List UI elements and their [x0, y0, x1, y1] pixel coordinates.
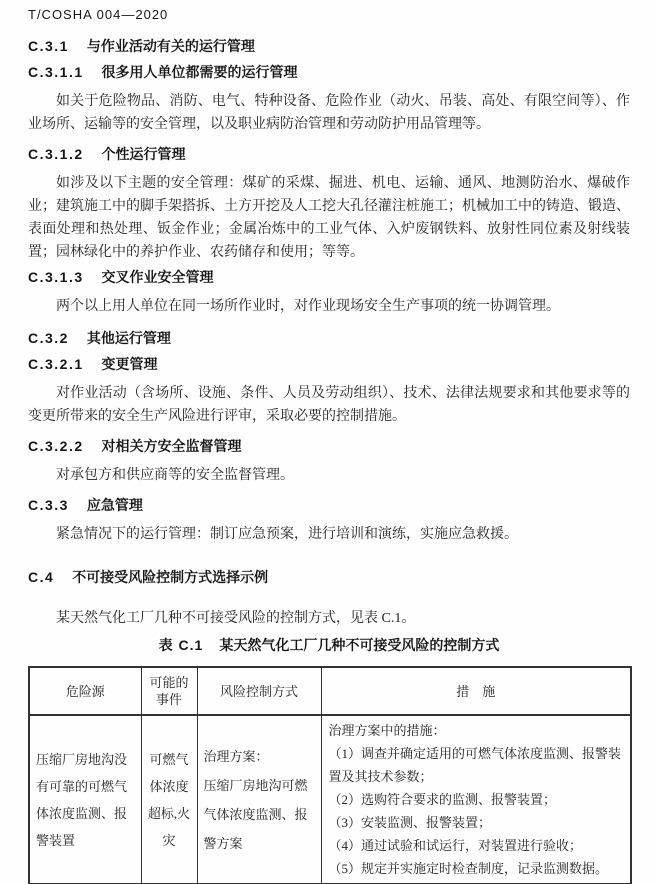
- paragraph-c33: 紧急情况下的运行管理：制订应急预案，进行培训和演练，实施应急救援。: [28, 523, 630, 546]
- measure-item: （5）规定并实施定时检查制度，记录监测数据。: [329, 857, 627, 880]
- table-header-row: 危险源 可能的事件 风险控制方式 措 施: [29, 667, 631, 715]
- paragraph-c322: 对承包方和供应商等的安全监督管理。: [28, 464, 630, 487]
- heading-title: 对相关方安全监督管理: [102, 438, 242, 454]
- table-caption-label: 表 C.1: [159, 637, 204, 653]
- measure-item: （1）调查并确定适用的可燃气体浓度监测、报警装置及其技术参数；: [329, 742, 627, 788]
- cell-hazard: 压缩厂房地沟没有可靠的可燃气体浓度监测、报警装置: [29, 715, 141, 884]
- measures-title: 治理方案中的措施：: [329, 719, 627, 742]
- heading-number: C.3.1: [28, 38, 69, 54]
- col-header-measures: 措 施: [321, 667, 631, 715]
- col-header-control: 风险控制方式: [197, 667, 321, 715]
- risk-control-table: 危险源 可能的事件 风险控制方式 措 施 压缩厂房地沟没有可靠的可燃气体浓度监测…: [28, 666, 632, 884]
- document-page: T/COSHA 004—2020 C.3.1 与作业活动有关的运行管理 C.3.…: [0, 0, 657, 884]
- heading-c33: C.3.3 应急管理: [28, 497, 630, 513]
- heading-c312: C.3.1.2 个性运行管理: [28, 146, 630, 162]
- control-body: 压缩厂房地沟可燃气体浓度监测、报警方案: [204, 771, 318, 858]
- heading-title: 很多用人单位都需要的运行管理: [102, 64, 298, 80]
- measure-item: （3）安装监测、报警装置；: [329, 811, 627, 834]
- heading-title: 个性运行管理: [102, 146, 186, 162]
- heading-number: C.4: [28, 569, 54, 585]
- paragraph-c313: 两个以上用人单位在同一场所作业时，对作业现场安全生产事项的统一协调管理。: [28, 295, 630, 318]
- heading-c313: C.3.1.3 交叉作业安全管理: [28, 269, 630, 285]
- heading-c311: C.3.1.1 很多用人单位都需要的运行管理: [28, 64, 630, 80]
- table-row: 压缩厂房地沟没有可靠的可燃气体浓度监测、报警装置 可燃气体浓度超标,火灾 治理方…: [29, 715, 631, 884]
- standard-number: T/COSHA 004—2020: [28, 8, 630, 22]
- heading-title: 其他运行管理: [87, 330, 171, 346]
- cell-measures: 治理方案中的措施： （1）调查并确定适用的可燃气体浓度监测、报警装置及其技术参数…: [321, 715, 631, 884]
- measure-item: （2）选购符合要求的监测、报警装置；: [329, 788, 627, 811]
- table-caption: 表 C.1某天然气化工厂几种不可接受风险的控制方式: [28, 637, 630, 653]
- heading-c31: C.3.1 与作业活动有关的运行管理: [28, 38, 630, 54]
- heading-title: 不可接受风险控制方式选择示例: [72, 569, 268, 585]
- heading-number: C.3.1.3: [28, 269, 84, 285]
- col-header-event: 可能的事件: [141, 667, 197, 715]
- heading-title: 与作业活动有关的运行管理: [87, 38, 255, 54]
- heading-c321: C.3.2.1 变更管理: [28, 356, 630, 372]
- measure-item: （4）通过试验和试运行，对装置进行验收；: [329, 834, 627, 857]
- heading-number: C.3.2.2: [28, 438, 84, 454]
- col-header-hazard: 危险源: [29, 667, 141, 715]
- heading-title: 交叉作业安全管理: [102, 269, 214, 285]
- heading-number: C.3.2.1: [28, 356, 84, 372]
- table-caption-title: 某天然气化工厂几种不可接受风险的控制方式: [219, 637, 499, 653]
- cell-event: 可燃气体浓度超标,火灾: [141, 715, 197, 884]
- heading-c322: C.3.2.2 对相关方安全监督管理: [28, 438, 630, 454]
- heading-title: 应急管理: [87, 497, 143, 513]
- heading-c4: C.4 不可接受风险控制方式选择示例: [28, 569, 630, 585]
- heading-number: C.3.2: [28, 330, 69, 346]
- cell-control: 治理方案： 压缩厂房地沟可燃气体浓度监测、报警方案: [197, 715, 321, 884]
- heading-c32: C.3.2 其他运行管理: [28, 330, 630, 346]
- heading-number: C.3.1.2: [28, 146, 84, 162]
- heading-number: C.3.3: [28, 497, 69, 513]
- heading-title: 变更管理: [102, 356, 158, 372]
- paragraph-c4: 某天然气化工厂几种不可接受风险的控制方式，见表 C.1。: [28, 607, 630, 630]
- heading-number: C.3.1.1: [28, 64, 84, 80]
- paragraph-c321: 对作业活动（含场所、设施、条件、人员及劳动组织）、技术、法律法规要求和其他要求等…: [28, 382, 630, 428]
- control-title: 治理方案：: [204, 742, 318, 771]
- paragraph-c311: 如关于危险物品、消防、电气、特种设备、危险作业（动火、吊装、高处、有限空间等）、…: [28, 90, 630, 136]
- paragraph-c312: 如涉及以下主题的安全管理：煤矿的采煤、掘进、机电、运输、通风、地测防治水、爆破作…: [28, 172, 630, 264]
